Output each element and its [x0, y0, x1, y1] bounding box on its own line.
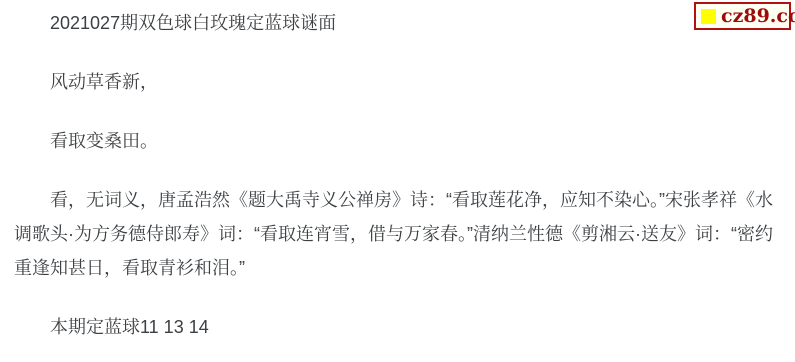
poem-line-1: 风动草香新， — [14, 65, 781, 99]
site-logo-text: cz89.com — [721, 7, 795, 26]
poem-line-2: 看取变桑田。 — [14, 124, 781, 158]
article-title: 2021027期双色球白玫瑰定蓝球谜面 — [14, 6, 781, 40]
article-page: cz89.com 2021027期双色球白玫瑰定蓝球谜面 风动草香新， 看取变桑… — [0, 0, 795, 362]
annotation-paragraph: 看，无词义，唐孟浩然《题大禹寺义公禅房》诗：“看取莲花净，应知不染心。”宋张孝祥… — [14, 183, 781, 285]
blue-ball-prediction: 本期定蓝球11 13 14 — [14, 310, 781, 344]
article-body: 2021027期双色球白玫瑰定蓝球谜面 风动草香新， 看取变桑田。 看，无词义，… — [14, 6, 781, 344]
site-logo[interactable]: cz89.com — [694, 2, 791, 30]
yellow-square-icon — [701, 9, 716, 24]
